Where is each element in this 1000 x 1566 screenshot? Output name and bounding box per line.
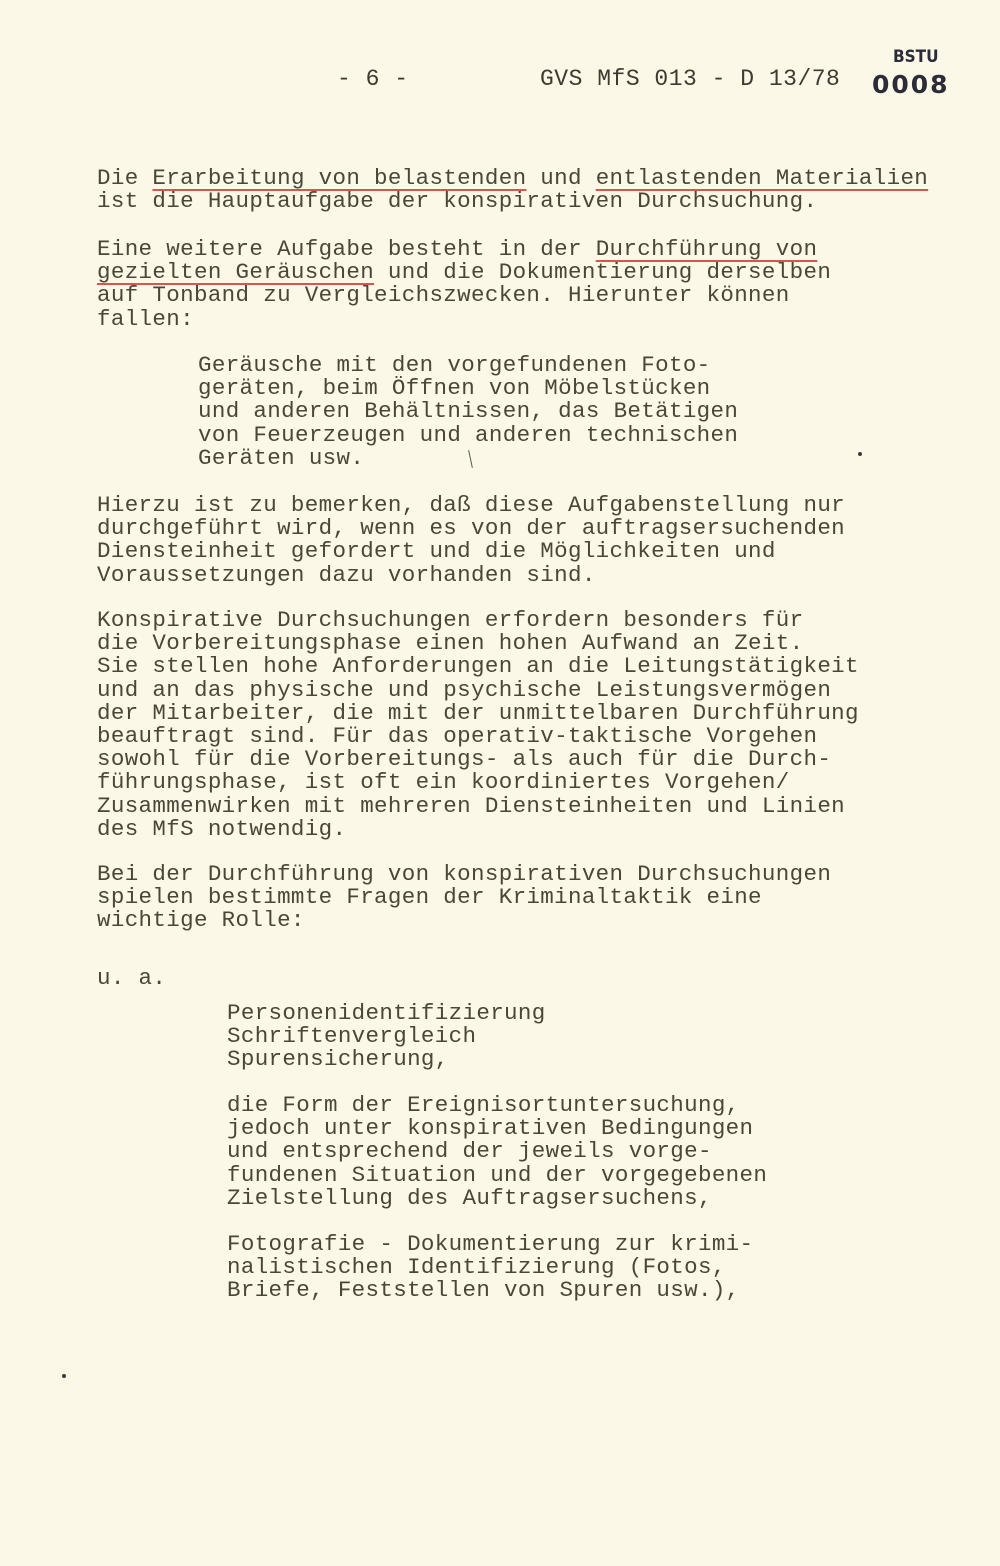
text-line: nalistischen Identifizierung (Fotos, [227,1255,726,1279]
text-line: auf Tonband zu Vergleichszwecken. Hierun… [97,283,790,307]
text-line: ist die Hauptaufgabe der konspirativen D… [97,189,817,213]
text-line: Voraussetzungen dazu vorhanden sind. [97,563,596,587]
archive-stamp-number: 0008 [872,70,950,99]
text-segment: ist die Hauptaufgabe der konspirativen D… [97,188,817,214]
text-line: und anderen Behältnissen, das Betätigen [198,399,738,423]
text-line: jedoch unter konspirativen Bedingungen [227,1116,753,1140]
text-segment: und [526,165,595,191]
text-line: von Feuerzeugen und anderen technischen [198,423,738,447]
text-line: Eine weitere Aufgabe besteht in der Durc… [97,237,817,261]
text-line: u. a. [97,966,166,990]
text-line: wichtige Rolle: [97,908,305,932]
text-line: Geräusche mit den vorgefundenen Foto- [198,353,711,377]
stray-mark [62,1374,66,1378]
text-segment: Eine weitere Aufgabe besteht in der [97,236,596,262]
text-line: die Vorbereitungsphase einen hohen Aufwa… [97,631,803,655]
text-line: Diensteinheit gefordert und die Möglichk… [97,539,776,563]
stray-mark [858,452,862,456]
text-line: fundenen Situation und der vorgegebenen [227,1163,767,1187]
text-line: und entsprechend der jeweils vorge- [227,1139,712,1163]
archive-stamp-label: BSTU [893,47,939,67]
text-line: gezielten Geräuschen und die Dokumentier… [97,260,831,284]
text-line: fallen: [97,307,194,331]
underlined-phrase: gezielten Geräuschen [97,259,374,285]
text-line: des MfS notwendig. [97,817,346,841]
text-line: die Form der Ereignisortuntersuchung, [227,1093,740,1117]
text-line: der Mitarbeiter, die mit der unmittelbar… [97,701,859,725]
text-line: geräten, beim Öffnen von Möbelstücken [198,376,711,400]
text-line: spielen bestimmte Fragen der Kriminaltak… [97,885,762,909]
underlined-phrase: Durchführung von [596,236,818,262]
text-line: Spurensicherung, [227,1047,449,1071]
text-line: führungsphase, ist oft ein koordiniertes… [97,770,790,794]
stray-mark [468,450,473,468]
text-line: Zusammenwirken mit mehreren Diensteinhei… [97,794,845,818]
document-reference: GVS MfS 013 - D 13/78 [540,66,840,92]
text-segment: Die [97,165,152,191]
text-segment: und die Dokumentierung derselben [374,259,831,285]
text-segment: auf Tonband zu Vergleichszwecken. Hierun… [97,282,790,308]
text-line: Konspirative Durchsuchungen erfordern be… [97,608,803,632]
text-line: Fotografie - Dokumentierung zur krimi- [227,1232,753,1256]
text-line: Zielstellung des Auftragsersuchens, [227,1186,712,1210]
text-line: Hierzu ist zu bemerken, daß diese Aufgab… [97,493,845,517]
text-line: beauftragt sind. Für das operativ-taktis… [97,724,817,748]
text-line: Geräten usw. [198,446,364,470]
page-number: - 6 - [337,66,409,92]
text-line: Personenidentifizierung [227,1001,546,1025]
underlined-phrase: entlastenden Materialien [596,165,928,191]
document-page: - 6 - GVS MfS 013 - D 13/78 BSTU 0008 Di… [0,0,1000,1566]
text-segment: fallen: [97,306,194,332]
text-line: Schriftenvergleich [227,1024,476,1048]
underlined-phrase: Erarbeitung von belastenden [152,165,526,191]
text-line: Sie stellen hohe Anforderungen an die Le… [97,654,859,678]
text-line: durchgeführt wird, wenn es von der auftr… [97,516,845,540]
text-line: Briefe, Feststellen von Spuren usw.), [227,1278,740,1302]
text-line: und an das physische und psychische Leis… [97,678,831,702]
text-line: sowohl für die Vorbereitungs- als auch f… [97,747,831,771]
text-line: Bei der Durchführung von konspirativen D… [97,862,831,886]
text-line: Die Erarbeitung von belastenden und entl… [97,166,928,190]
